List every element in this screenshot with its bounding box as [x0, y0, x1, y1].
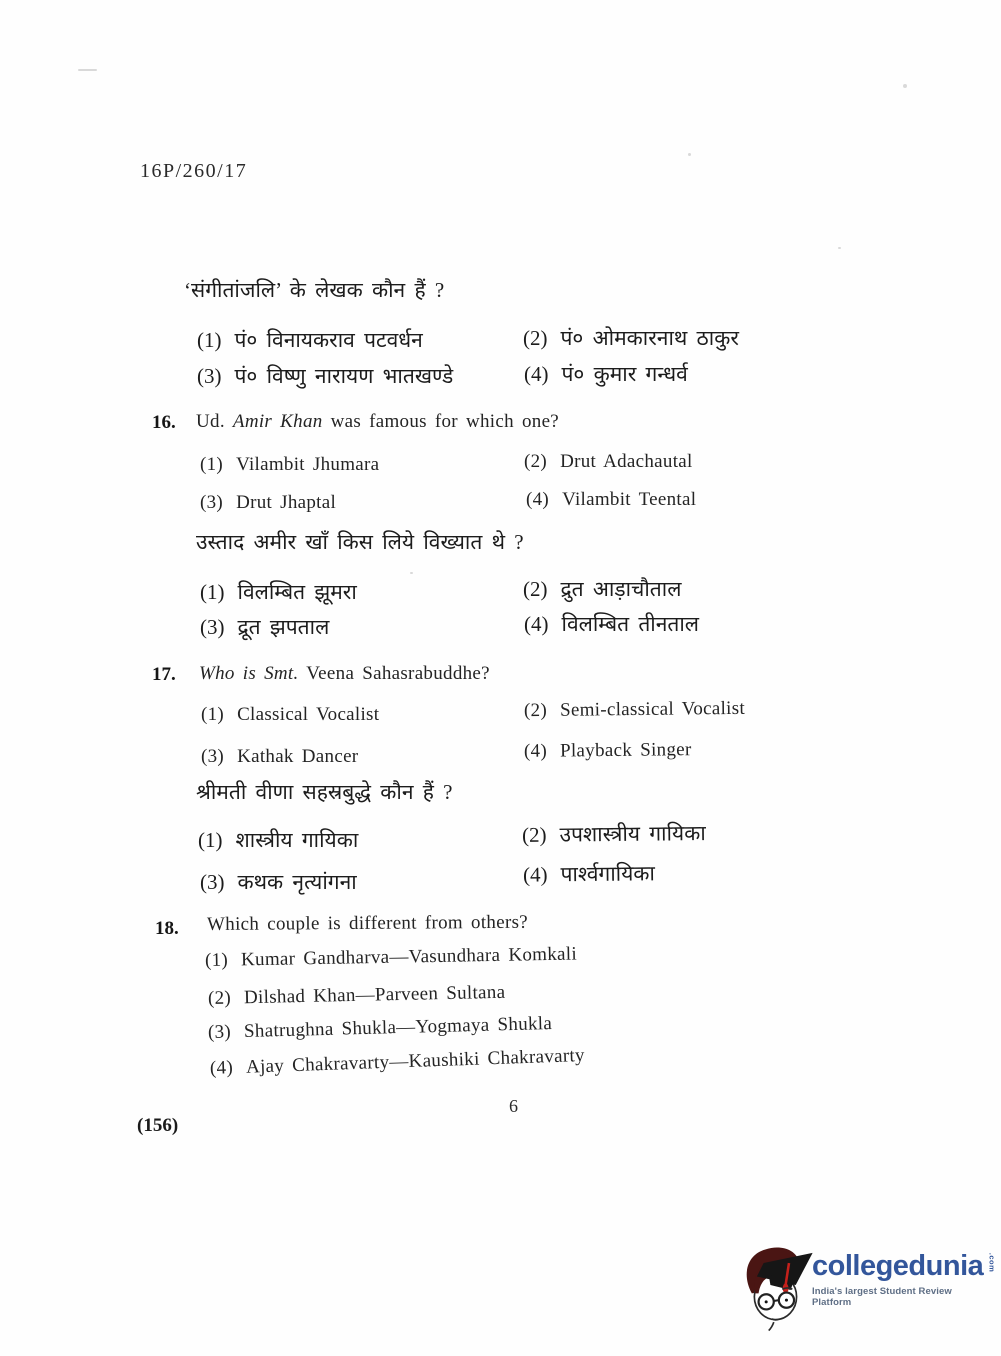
question-17-hindi-text: श्रीमती वीणा सहस्रबुद्धे कौन हैं ?	[196, 778, 452, 806]
q16-option-2: (2)Drut Adachautal	[524, 451, 693, 473]
q18-option-2: (2)Dilshad Khan—Parveen Sultana	[208, 982, 506, 1010]
question-text: Veena Sahasrabuddhe?	[299, 663, 490, 684]
q15h-option-2: (2)पं० ओमकारनाथ ठाकुर	[523, 324, 739, 352]
option-label: Drut Jhaptal	[236, 492, 336, 513]
q16h-option-2: (2)द्रुत आड़ाचौताल	[523, 575, 681, 603]
collegedunia-com-suffix: .com	[988, 1253, 997, 1273]
option-label: Dilshad Khan—Parveen Sultana	[244, 982, 506, 1008]
option-label: उपशास्त्रीय गायिका	[559, 821, 705, 847]
q16h-option-4: (4)विलम्बित तीनताल	[524, 610, 699, 638]
option-label: द्रूत झपताल	[238, 615, 330, 639]
q18-option-1: (1)Kumar Gandharva—Vasundhara Komkali	[205, 944, 577, 972]
option-label: पं० विष्णु नारायण भातखण्डे	[235, 364, 454, 388]
collegedunia-mascot-icon	[740, 1240, 816, 1335]
scan-artifact	[78, 69, 97, 71]
q15h-option-4: (4)पं० कुमार गन्धर्व	[524, 360, 688, 388]
question-16-number: 16.	[152, 412, 176, 434]
option-number: (2)	[208, 988, 231, 1009]
question-text: was famous for which one?	[323, 411, 560, 432]
q17-option-1: (1)Classical Vocalist	[201, 704, 379, 726]
option-label: Kumar Gandharva—Vasundhara Komkali	[241, 944, 577, 971]
question-18-title: Which couple is different from others?	[207, 912, 528, 936]
option-label: विलम्बित तीनताल	[562, 612, 700, 636]
option-label: Playback Singer	[560, 739, 692, 761]
scan-artifact	[688, 153, 691, 156]
option-number: (4)	[524, 362, 549, 386]
option-number: (4)	[524, 612, 549, 636]
question-text: Ud.	[196, 411, 233, 432]
option-number: (3)	[200, 870, 225, 894]
q16h-option-3: (3)द्रूत झपताल	[200, 613, 329, 641]
option-number: (1)	[200, 454, 223, 475]
option-number: (1)	[205, 950, 228, 971]
q16-option-1: (1)Vilambit Jhumara	[200, 454, 379, 476]
option-label: Drut Adachautal	[560, 451, 693, 472]
option-number: (3)	[208, 1021, 232, 1043]
question-16-hindi-text: उस्ताद अमीर खाँ किस लिये विख्यात थे ?	[196, 528, 524, 556]
collegedunia-brand-text: collegedunia	[812, 1250, 983, 1282]
option-label: Ajay Chakravarty—Kaushiki Chakravarty	[246, 1045, 585, 1078]
q17h-option-2: (2)उपशास्त्रीय गायिका	[522, 819, 706, 849]
option-number: (2)	[524, 451, 547, 472]
q17h-option-4: (4)पार्श्वगायिका	[523, 859, 655, 888]
option-label: Semi-classical Vocalist	[560, 698, 745, 721]
question-16-title: Ud. Amir Khan was famous for which one?	[196, 411, 559, 433]
collegedunia-text-block: collegedunia .com India's largest Studen…	[812, 1250, 992, 1308]
q16h-option-1: (1)विलम्बित झूमरा	[200, 578, 357, 606]
option-number: (1)	[200, 580, 225, 604]
option-label: पार्श्वगायिका	[560, 861, 655, 886]
option-number: (1)	[201, 704, 224, 725]
q18-option-3: (3)Shatrughna Shukla—Yogmaya Shukla	[208, 1013, 553, 1044]
q15h-option-1: (1)पं० विनायकराव पटवर्धन	[197, 326, 423, 354]
option-number: (1)	[198, 828, 223, 852]
option-label: Vilambit Teental	[562, 489, 696, 510]
option-number: (3)	[200, 492, 223, 513]
collegedunia-watermark: collegedunia .com India's largest Studen…	[740, 1240, 992, 1335]
q15h-option-3: (3)पं० विष्णु नारायण भातखण्डे	[197, 362, 453, 390]
q16-option-3: (3)Drut Jhaptal	[200, 492, 336, 514]
option-label: कथक नृत्यांगना	[238, 870, 357, 894]
question-15-hindi-text: ‘संगीतांजलि’ के लेखक कौन हैं ?	[184, 276, 444, 304]
option-label: पं० विनायकराव पटवर्धन	[235, 328, 423, 352]
option-number: (4)	[210, 1057, 234, 1079]
option-number: (2)	[522, 823, 547, 847]
q17-option-3: (3)Kathak Dancer	[201, 746, 358, 768]
series-code: (156)	[137, 1115, 178, 1137]
question-text-italic: Who is Smt.	[199, 663, 299, 684]
q17-option-2: (2)Semi-classical Vocalist	[524, 698, 745, 722]
q17h-option-1: (1)शास्त्रीय गायिका	[198, 826, 358, 854]
question-text-italic: Amir Khan	[233, 411, 323, 432]
q18-option-4: (4)Ajay Chakravarty—Kaushiki Chakravarty	[210, 1045, 586, 1080]
q17h-option-3: (3)कथक नृत्यांगना	[200, 868, 357, 896]
option-number: (3)	[201, 746, 224, 767]
option-number: (1)	[197, 328, 222, 352]
option-number: (2)	[523, 326, 548, 350]
option-label: Vilambit Jhumara	[236, 454, 379, 475]
q17-option-4: (4)Playback Singer	[524, 739, 692, 763]
option-label: Classical Vocalist	[237, 704, 379, 725]
option-number: (2)	[523, 577, 548, 601]
question-18-number: 18.	[155, 918, 179, 940]
scan-artifact	[903, 84, 907, 88]
option-label: पं० ओमकारनाथ ठाकुर	[561, 326, 739, 350]
option-number: (2)	[524, 700, 547, 721]
option-label: Kathak Dancer	[237, 746, 358, 767]
option-label: द्रुत आड़ाचौताल	[561, 577, 682, 601]
option-number: (3)	[200, 615, 225, 639]
scanned-exam-page: 16P/260/17 ‘संगीतांजलि’ के लेखक कौन हैं …	[0, 0, 1001, 1356]
option-label: शास्त्रीय गायिका	[236, 828, 359, 852]
question-17-number: 17.	[152, 664, 176, 686]
option-label: विलम्बित झूमरा	[238, 580, 357, 604]
paper-code: 16P/260/17	[140, 160, 247, 183]
collegedunia-tagline: India's largest Student Review Platform	[812, 1286, 992, 1308]
scan-artifact	[838, 247, 841, 249]
option-number: (4)	[526, 489, 549, 510]
q16-option-4: (4)Vilambit Teental	[526, 489, 696, 511]
page-number: 6	[509, 1096, 518, 1117]
option-number: (4)	[524, 741, 547, 762]
question-17-title: Who is Smt. Veena Sahasrabuddhe?	[199, 663, 490, 685]
option-number: (3)	[197, 364, 222, 388]
scan-artifact	[410, 572, 413, 574]
option-number: (4)	[523, 862, 548, 886]
option-label: Shatrughna Shukla—Yogmaya Shukla	[244, 1013, 553, 1042]
option-label: पं० कुमार गन्धर्व	[562, 362, 688, 386]
